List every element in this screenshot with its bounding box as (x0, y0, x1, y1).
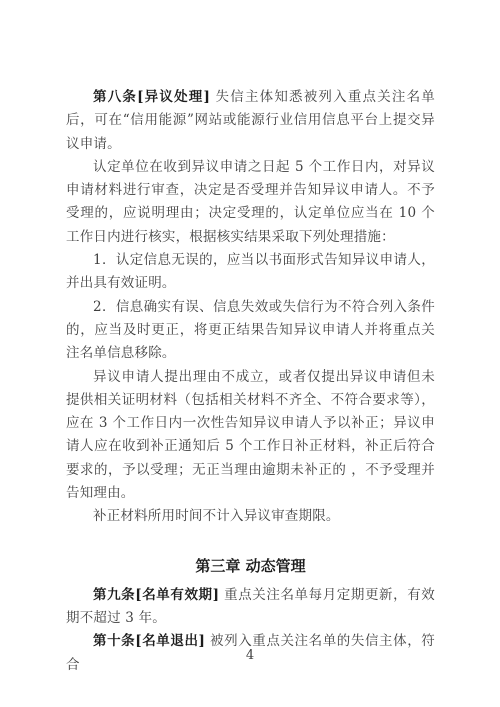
chapter-heading: 第三章 动态管理 (66, 555, 435, 578)
paragraph: 第八条[异议处理] 失信主体知悉被列入重点关注名单后，可在“信用能源”网站或能源… (66, 86, 435, 156)
page-number: 4 (0, 648, 500, 663)
paragraph: 第九条[名单有效期] 重点关注名单每月定期更新，有效期不超过 3 年。 (66, 584, 435, 631)
paragraph: 1．认定信息无误的，应当以书面形式告知异议申请人，并出具有效证明。 (66, 249, 435, 296)
document-body: 第八条[异议处理] 失信主体知悉被列入重点关注名单后，可在“信用能源”网站或能源… (66, 86, 435, 677)
paragraph: 异议申请人提出理由不成立，或者仅提出异议申请但未提供相关证明材料（包括相关材料不… (66, 366, 435, 506)
paragraph: 补正材料所用时间不计入异议审查期限。 (66, 505, 435, 528)
paragraph: 2．信息确实有误、信息失效或失信行为不符合列入条件的，应当及时更正，将更正结果告… (66, 296, 435, 366)
article-label: 第九条[名单有效期] (93, 587, 219, 603)
article-label: 第八条[异议处理] (93, 89, 210, 105)
paragraph: 认定单位在收到异议申请之日起 5 个工作日内，对异议申请材料进行审查，决定是否受… (66, 156, 435, 249)
article-label: 第十条[名单退出] (93, 633, 205, 649)
document-page: 第八条[异议处理] 失信主体知悉被列入重点关注名单后，可在“信用能源”网站或能源… (0, 0, 500, 707)
